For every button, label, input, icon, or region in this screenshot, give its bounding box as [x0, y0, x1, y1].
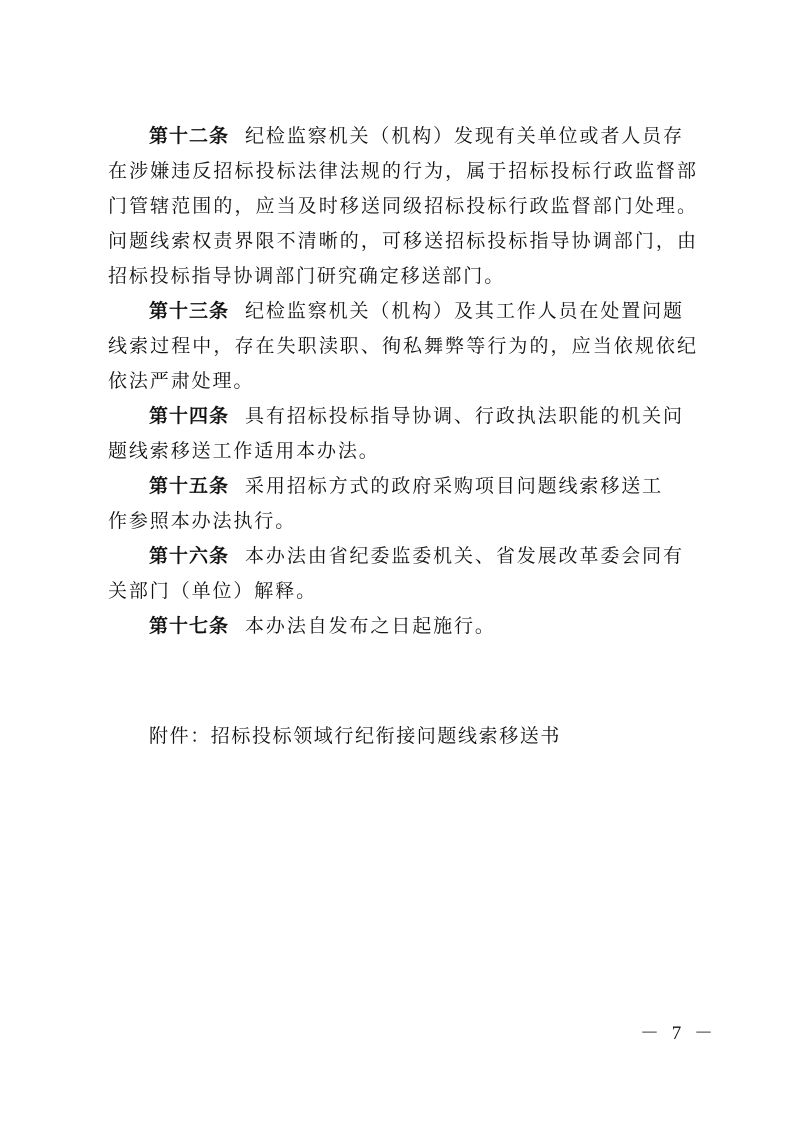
article-text: 采用招标方式的政府采购项目问题线索移送工 — [245, 475, 663, 497]
article-label: 第十六条 — [149, 545, 229, 567]
article-first-line: 第十四条具有招标投标指导协调、行政执法职能的机关问 — [108, 399, 696, 434]
article-line: 问题线索权责界限不清晰的，可移送招标投标指导协调部门，由 — [108, 224, 696, 259]
article-label: 第十三条 — [149, 300, 229, 322]
article-12: 第十二条纪检监察机关（机构）发现有关单位或者人员存 在涉嫌违反招标投标法律法规的… — [108, 119, 696, 294]
article-first-line: 第十六条本办法由省纪委监委机关、省发展改革委会同有 — [108, 539, 696, 574]
article-label: 第十二条 — [149, 125, 229, 147]
article-label: 第十七条 — [149, 615, 229, 637]
article-17: 第十七条本办法自发布之日起施行。 — [108, 609, 696, 644]
article-label: 第十五条 — [149, 475, 229, 497]
article-text: 具有招标投标指导协调、行政执法职能的机关问 — [245, 405, 684, 427]
document-page: 第十二条纪检监察机关（机构）发现有关单位或者人员存 在涉嫌违反招标投标法律法规的… — [0, 0, 793, 1122]
article-line: 依法严肃处理。 — [108, 364, 696, 399]
page-number: － 7 － — [640, 1018, 717, 1045]
article-text: 纪检监察机关（机构）发现有关单位或者人员存 — [245, 125, 684, 147]
article-first-line: 第十七条本办法自发布之日起施行。 — [108, 609, 696, 644]
document-body: 第十二条纪检监察机关（机构）发现有关单位或者人员存 在涉嫌违反招标投标法律法规的… — [108, 119, 696, 644]
article-text: 本办法由省纪委监委机关、省发展改革委会同有 — [245, 545, 684, 567]
article-line: 在涉嫌违反招标投标法律法规的行为，属于招标投标行政监督部 — [108, 154, 696, 189]
article-line: 关部门（单位）解释。 — [108, 574, 696, 609]
article-13: 第十三条纪检监察机关（机构）及其工作人员在处置问题 线索过程中，存在失职渎职、徇… — [108, 294, 696, 399]
article-line: 招标投标指导协调部门研究确定移送部门。 — [108, 259, 696, 294]
article-first-line: 第十三条纪检监察机关（机构）及其工作人员在处置问题 — [108, 294, 696, 329]
article-15: 第十五条采用招标方式的政府采购项目问题线索移送工 作参照本办法执行。 — [108, 469, 696, 539]
article-first-line: 第十五条采用招标方式的政府采购项目问题线索移送工 — [108, 469, 696, 504]
article-text: 纪检监察机关（机构）及其工作人员在处置问题 — [245, 300, 684, 322]
article-line: 门管辖范围的，应当及时移送同级招标投标行政监督部门处理。 — [108, 189, 696, 224]
article-line: 题线索移送工作适用本办法。 — [108, 434, 696, 469]
article-text: 本办法自发布之日起施行。 — [245, 615, 496, 637]
article-line: 线索过程中，存在失职渎职、徇私舞弊等行为的，应当依规依纪 — [108, 329, 696, 364]
article-line: 作参照本办法执行。 — [108, 504, 696, 539]
article-14: 第十四条具有招标投标指导协调、行政执法职能的机关问 题线索移送工作适用本办法。 — [108, 399, 696, 469]
article-first-line: 第十二条纪检监察机关（机构）发现有关单位或者人员存 — [108, 119, 696, 154]
annex-reference: 附件：招标投标领域行纪衔接问题线索移送书 — [149, 719, 561, 754]
article-label: 第十四条 — [149, 405, 229, 427]
article-16: 第十六条本办法由省纪委监委机关、省发展改革委会同有 关部门（单位）解释。 — [108, 539, 696, 609]
